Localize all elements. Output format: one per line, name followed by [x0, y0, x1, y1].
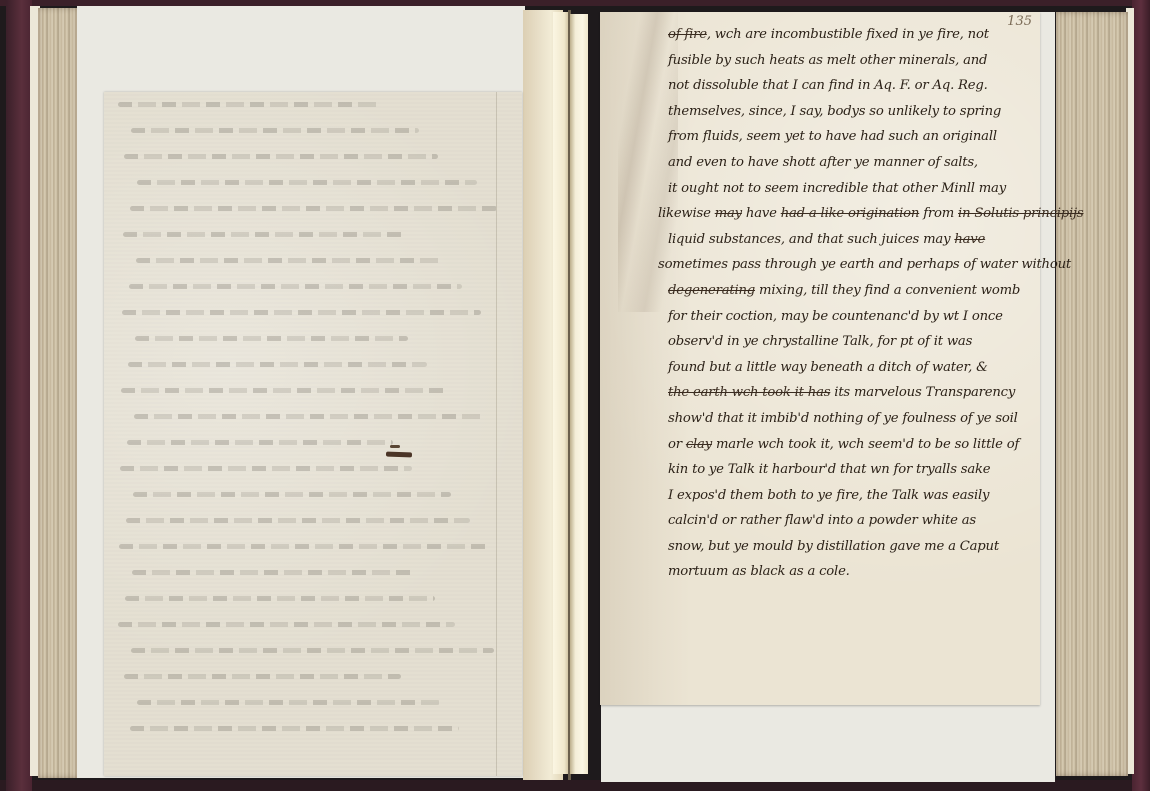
line-text: themselves, since, I say, bodys so unlik… [668, 104, 1001, 119]
line-text: snow, but ye mould by distillation gave … [668, 539, 999, 554]
line-text: marle wch took it, wch seem'd to be so l… [712, 437, 1019, 452]
manuscript-line: from fluids, seem yet to have had such a… [668, 124, 1040, 150]
line-text: found but a little way beneath a ditch o… [668, 360, 988, 375]
line-text: from [919, 206, 958, 221]
ghost-line [129, 284, 462, 289]
manuscript-line: fusible by such heats as melt other mine… [668, 48, 1040, 74]
ghost-line [122, 310, 481, 315]
ink-blot-small [390, 445, 400, 448]
manuscript-line: or clay marle wch took it, wch seem'd to… [668, 432, 1040, 458]
book-cover-right [1132, 0, 1150, 791]
ghost-line [120, 466, 412, 471]
line-text: calcin'd or rather flaw'd into a powder … [668, 513, 976, 528]
line-text: it ought not to seem incredible that oth… [668, 181, 1006, 196]
struck-text: degenerating [668, 283, 755, 298]
ink-blot [386, 452, 412, 458]
ghost-line [128, 362, 427, 367]
manuscript-line: show'd that it imbib'd nothing of ye fou… [668, 406, 1040, 432]
line-text: its marvelous Transparency [830, 385, 1015, 400]
ghost-line [134, 414, 486, 419]
ghost-line [125, 596, 435, 601]
manuscript-line: observ'd in ye chrystalline Talk, for pt… [668, 329, 1040, 355]
manuscript-line: degenerating mixing, till they find a co… [668, 278, 1040, 304]
bleed-through-text [118, 102, 492, 752]
ghost-line [127, 440, 393, 445]
ghost-line [126, 518, 470, 523]
manuscript-line: liquid substances, and that such juices … [668, 227, 1040, 253]
line-text: , wch are incombustible fixed in ye fire… [707, 27, 989, 42]
manuscript-line: it ought not to seem incredible that oth… [668, 176, 1040, 202]
ghost-line [124, 674, 401, 679]
ghost-line [136, 258, 443, 263]
line-text: have [742, 206, 781, 221]
ghost-line [137, 180, 477, 185]
line-text: from fluids, seem yet to have had such a… [668, 129, 997, 144]
manuscript-line: themselves, since, I say, bodys so unlik… [668, 99, 1040, 125]
manuscript-line: the earth wch took it has its marvelous … [668, 380, 1040, 406]
struck-text: clay [686, 437, 712, 452]
struck-text: have [954, 232, 985, 247]
manuscript-line: not dissoluble that I can find in Aq. F.… [668, 73, 1040, 99]
ghost-line [137, 700, 440, 705]
line-text: for their coction, may be countenanc'd b… [668, 309, 1003, 324]
manuscript-line: of fire, wch are incombustible fixed in … [668, 22, 1040, 48]
handwritten-text: of fire, wch are incombustible fixed in … [668, 22, 1040, 585]
line-text: likewise [658, 206, 715, 221]
line-text: or [668, 437, 686, 452]
page-edges-left [38, 8, 78, 778]
ghost-line [132, 570, 416, 575]
ghost-line [118, 622, 455, 627]
struck-text: had a like origination [781, 206, 920, 221]
ghost-line [130, 206, 497, 211]
line-text: show'd that it imbib'd nothing of ye fou… [668, 411, 1018, 426]
line-text: mixing, till they find a convenient womb [755, 283, 1020, 298]
ghost-line [124, 154, 438, 159]
ghost-line [131, 648, 494, 653]
ghost-line [130, 726, 459, 731]
fold-line [496, 92, 497, 776]
manuscript-line: snow, but ye mould by distillation gave … [668, 534, 1040, 560]
line-text: liquid substances, and that such juices … [668, 232, 954, 247]
ghost-line [133, 492, 451, 497]
right-manuscript-leaf: 135 of fire, wch are incombustible fixed… [600, 12, 1040, 705]
manuscript-line: for their coction, may be countenanc'd b… [668, 304, 1040, 330]
manuscript-line: sometimes pass through ye earth and perh… [658, 252, 1040, 278]
struck-text: may [715, 206, 742, 221]
ghost-line [119, 544, 489, 549]
manuscript-line: and even to have shott after ye manner o… [668, 150, 1040, 176]
line-text: kin to ye Talk it harbour'd that wn for … [668, 462, 990, 477]
line-text: sometimes pass through ye earth and perh… [658, 257, 1071, 272]
manuscript-line: I expos'd them both to ye fire, the Talk… [668, 483, 1040, 509]
line-text: I expos'd them both to ye fire, the Talk… [668, 488, 989, 503]
line-text: observ'd in ye chrystalline Talk, for pt… [668, 334, 972, 349]
struck-text: the earth wch took it has [668, 385, 830, 400]
struck-text: in Solutis principijs [958, 206, 1083, 221]
manuscript-line: mortuum as black as a cole. [668, 559, 1040, 585]
manuscript-line: kin to ye Talk it harbour'd that wn for … [668, 457, 1040, 483]
gutter-page-curl-right [570, 14, 588, 774]
ghost-line [121, 388, 446, 393]
left-manuscript-leaf [104, 92, 522, 776]
manuscript-line: found but a little way beneath a ditch o… [668, 355, 1040, 381]
line-text: and even to have shott after ye manner o… [668, 155, 978, 170]
page-edges-right [1056, 12, 1128, 776]
ghost-line [135, 336, 408, 341]
ghost-line [118, 102, 380, 107]
gutter-page-curl-left [553, 12, 569, 774]
manuscript-line: calcin'd or rather flaw'd into a powder … [668, 508, 1040, 534]
book-cover-left [6, 0, 32, 791]
line-text: mortuum as black as a cole. [668, 564, 850, 579]
line-text: fusible by such heats as melt other mine… [668, 53, 987, 68]
ghost-line [123, 232, 404, 237]
line-text: not dissoluble that I can find in Aq. F.… [668, 78, 988, 93]
ghost-line [131, 128, 419, 133]
struck-text: of fire [668, 27, 707, 42]
manuscript-line: likewise may have had a like origination… [658, 201, 1040, 227]
